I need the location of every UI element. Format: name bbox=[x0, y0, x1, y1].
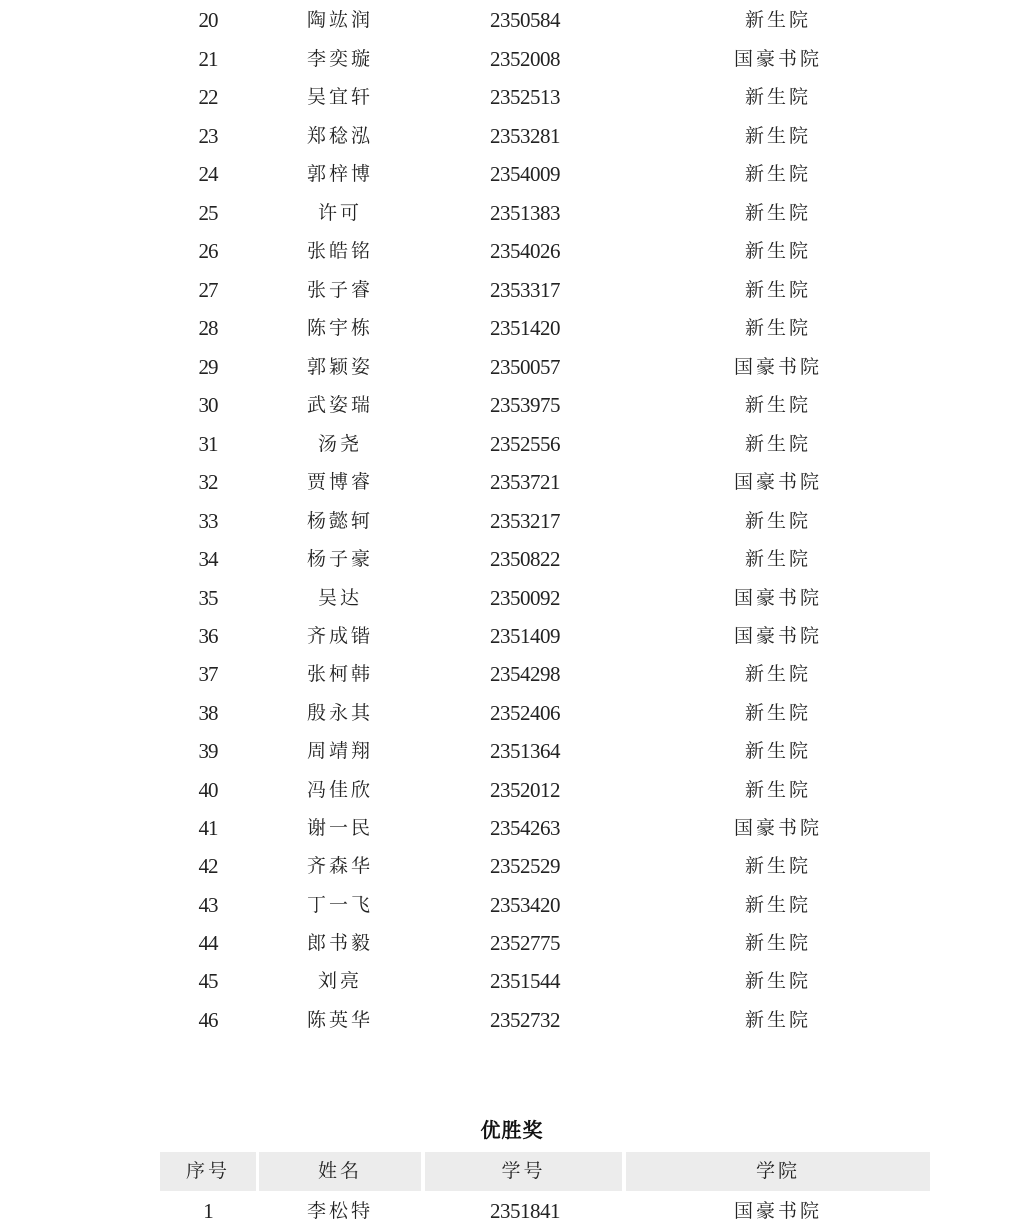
college-cell: 国豪书院 bbox=[626, 40, 930, 78]
student-id-cell: 2350822 bbox=[425, 540, 625, 578]
name-cell: 李松特 bbox=[259, 1192, 421, 1230]
name-cell: 周靖翔 bbox=[259, 732, 421, 770]
college-cell: 新生院 bbox=[626, 1001, 930, 1039]
name-cell: 杨子豪 bbox=[259, 540, 421, 578]
college-cell: 新生院 bbox=[626, 694, 930, 732]
table-row: 26 张皓铭 2354026 新生院 bbox=[0, 232, 1024, 270]
student-id-cell: 2352513 bbox=[425, 78, 625, 116]
student-id-cell: 2350057 bbox=[425, 348, 625, 386]
name-cell: 郭颖姿 bbox=[259, 348, 421, 386]
table-row: 42 齐森华 2352529 新生院 bbox=[0, 847, 1024, 885]
student-id-cell: 2352406 bbox=[425, 694, 625, 732]
table-row: 34 杨子豪 2350822 新生院 bbox=[0, 540, 1024, 578]
college-cell: 新生院 bbox=[626, 540, 930, 578]
table-row: 30 武姿瑞 2353975 新生院 bbox=[0, 386, 1024, 424]
college-cell: 新生院 bbox=[626, 232, 930, 270]
name-cell: 张皓铭 bbox=[259, 232, 421, 270]
seq-cell: 46 bbox=[160, 1001, 256, 1039]
table-row: 24 郭梓博 2354009 新生院 bbox=[0, 155, 1024, 193]
college-cell: 新生院 bbox=[626, 655, 930, 693]
section-title-excellence-award: 优胜奖 bbox=[0, 1114, 1024, 1146]
college-cell: 新生院 bbox=[626, 771, 930, 809]
header-college: 学院 bbox=[626, 1152, 930, 1191]
student-id-cell: 2351409 bbox=[425, 617, 625, 655]
table-row: 29 郭颖姿 2350057 国豪书院 bbox=[0, 348, 1024, 386]
seq-cell: 28 bbox=[160, 309, 256, 347]
student-id-cell: 2354298 bbox=[425, 655, 625, 693]
student-id-cell: 2350584 bbox=[425, 1, 625, 39]
name-cell: 殷永其 bbox=[259, 694, 421, 732]
college-cell: 国豪书院 bbox=[626, 1192, 930, 1230]
college-cell: 国豪书院 bbox=[626, 617, 930, 655]
name-cell: 齐成锴 bbox=[259, 617, 421, 655]
name-cell: 张子睿 bbox=[259, 271, 421, 309]
table-row: 1 李松特 2351841 国豪书院 bbox=[0, 1192, 1024, 1230]
college-cell: 新生院 bbox=[626, 117, 930, 155]
college-cell: 新生院 bbox=[626, 732, 930, 770]
table-row: 32 贾博睿 2353721 国豪书院 bbox=[0, 463, 1024, 501]
seq-cell: 44 bbox=[160, 924, 256, 962]
student-id-cell: 2351383 bbox=[425, 194, 625, 232]
seq-cell: 38 bbox=[160, 694, 256, 732]
student-id-cell: 2351420 bbox=[425, 309, 625, 347]
seq-cell: 23 bbox=[160, 117, 256, 155]
college-cell: 国豪书院 bbox=[626, 809, 930, 847]
college-cell: 新生院 bbox=[626, 78, 930, 116]
header-name: 姓名 bbox=[259, 1152, 421, 1191]
student-id-cell: 2351841 bbox=[425, 1192, 625, 1230]
seq-cell: 41 bbox=[160, 809, 256, 847]
table-row: 39 周靖翔 2351364 新生院 bbox=[0, 732, 1024, 770]
college-cell: 新生院 bbox=[626, 502, 930, 540]
table-row: 37 张柯韩 2354298 新生院 bbox=[0, 655, 1024, 693]
college-cell: 新生院 bbox=[626, 271, 930, 309]
student-id-cell: 2352556 bbox=[425, 425, 625, 463]
name-cell: 李奕璇 bbox=[259, 40, 421, 78]
student-id-cell: 2354263 bbox=[425, 809, 625, 847]
seq-cell: 1 bbox=[160, 1192, 256, 1230]
student-id-cell: 2354026 bbox=[425, 232, 625, 270]
table-row: 45 刘亮 2351544 新生院 bbox=[0, 962, 1024, 1000]
seq-cell: 34 bbox=[160, 540, 256, 578]
seq-cell: 39 bbox=[160, 732, 256, 770]
seq-cell: 21 bbox=[160, 40, 256, 78]
name-cell: 齐森华 bbox=[259, 847, 421, 885]
student-id-cell: 2353420 bbox=[425, 886, 625, 924]
college-cell: 新生院 bbox=[626, 1, 930, 39]
seq-cell: 31 bbox=[160, 425, 256, 463]
student-id-cell: 2352775 bbox=[425, 924, 625, 962]
college-cell: 新生院 bbox=[626, 924, 930, 962]
seq-cell: 37 bbox=[160, 655, 256, 693]
college-cell: 新生院 bbox=[626, 847, 930, 885]
table-row: 27 张子睿 2353317 新生院 bbox=[0, 271, 1024, 309]
table-row: 35 吴达 2350092 国豪书院 bbox=[0, 579, 1024, 617]
seq-cell: 24 bbox=[160, 155, 256, 193]
header-student-id: 学号 bbox=[425, 1152, 622, 1191]
seq-cell: 27 bbox=[160, 271, 256, 309]
name-cell: 郎书毅 bbox=[259, 924, 421, 962]
student-id-cell: 2351544 bbox=[425, 962, 625, 1000]
table-row: 43 丁一飞 2353420 新生院 bbox=[0, 886, 1024, 924]
table-row: 22 吴宜轩 2352513 新生院 bbox=[0, 78, 1024, 116]
table-row: 36 齐成锴 2351409 国豪书院 bbox=[0, 617, 1024, 655]
student-id-cell: 2352008 bbox=[425, 40, 625, 78]
name-cell: 吴达 bbox=[259, 579, 421, 617]
student-id-cell: 2352732 bbox=[425, 1001, 625, 1039]
name-cell: 陈英华 bbox=[259, 1001, 421, 1039]
table-row: 33 杨懿轲 2353217 新生院 bbox=[0, 502, 1024, 540]
name-cell: 郑稔泓 bbox=[259, 117, 421, 155]
college-cell: 新生院 bbox=[626, 155, 930, 193]
table-row: 21 李奕璇 2352008 国豪书院 bbox=[0, 40, 1024, 78]
name-cell: 丁一飞 bbox=[259, 886, 421, 924]
college-cell: 新生院 bbox=[626, 309, 930, 347]
name-cell: 许可 bbox=[259, 194, 421, 232]
seq-cell: 29 bbox=[160, 348, 256, 386]
name-cell: 吴宜轩 bbox=[259, 78, 421, 116]
table-row: 41 谢一民 2354263 国豪书院 bbox=[0, 809, 1024, 847]
seq-cell: 25 bbox=[160, 194, 256, 232]
table-row: 31 汤尧 2352556 新生院 bbox=[0, 425, 1024, 463]
seq-cell: 43 bbox=[160, 886, 256, 924]
header-seq: 序号 bbox=[160, 1152, 256, 1191]
student-id-cell: 2351364 bbox=[425, 732, 625, 770]
name-cell: 陶竑润 bbox=[259, 1, 421, 39]
name-cell: 郭梓博 bbox=[259, 155, 421, 193]
name-cell: 贾博睿 bbox=[259, 463, 421, 501]
table-row: 44 郎书毅 2352775 新生院 bbox=[0, 924, 1024, 962]
student-id-cell: 2353721 bbox=[425, 463, 625, 501]
table-row: 28 陈宇栋 2351420 新生院 bbox=[0, 309, 1024, 347]
college-cell: 新生院 bbox=[626, 886, 930, 924]
seq-cell: 26 bbox=[160, 232, 256, 270]
college-cell: 新生院 bbox=[626, 425, 930, 463]
seq-cell: 30 bbox=[160, 386, 256, 424]
student-id-cell: 2353317 bbox=[425, 271, 625, 309]
college-cell: 新生院 bbox=[626, 386, 930, 424]
student-id-cell: 2352012 bbox=[425, 771, 625, 809]
student-id-cell: 2352529 bbox=[425, 847, 625, 885]
table-row: 25 许可 2351383 新生院 bbox=[0, 194, 1024, 232]
table-row: 23 郑稔泓 2353281 新生院 bbox=[0, 117, 1024, 155]
seq-cell: 36 bbox=[160, 617, 256, 655]
seq-cell: 40 bbox=[160, 771, 256, 809]
college-cell: 国豪书院 bbox=[626, 463, 930, 501]
seq-cell: 22 bbox=[160, 78, 256, 116]
table-row: 38 殷永其 2352406 新生院 bbox=[0, 694, 1024, 732]
seq-cell: 20 bbox=[160, 1, 256, 39]
name-cell: 汤尧 bbox=[259, 425, 421, 463]
name-cell: 刘亮 bbox=[259, 962, 421, 1000]
table-row: 20 陶竑润 2350584 新生院 bbox=[0, 1, 1024, 39]
table-row: 40 冯佳欣 2352012 新生院 bbox=[0, 771, 1024, 809]
name-cell: 冯佳欣 bbox=[259, 771, 421, 809]
name-cell: 杨懿轲 bbox=[259, 502, 421, 540]
seq-cell: 42 bbox=[160, 847, 256, 885]
name-cell: 武姿瑞 bbox=[259, 386, 421, 424]
student-id-cell: 2353281 bbox=[425, 117, 625, 155]
seq-cell: 35 bbox=[160, 579, 256, 617]
name-cell: 谢一民 bbox=[259, 809, 421, 847]
table-header: 序号 姓名 学号 学院 bbox=[0, 1152, 1024, 1191]
student-id-cell: 2353975 bbox=[425, 386, 625, 424]
college-cell: 新生院 bbox=[626, 962, 930, 1000]
student-id-cell: 2350092 bbox=[425, 579, 625, 617]
name-cell: 张柯韩 bbox=[259, 655, 421, 693]
college-cell: 国豪书院 bbox=[626, 348, 930, 386]
seq-cell: 32 bbox=[160, 463, 256, 501]
seq-cell: 33 bbox=[160, 502, 256, 540]
table-row: 46 陈英华 2352732 新生院 bbox=[0, 1001, 1024, 1039]
name-cell: 陈宇栋 bbox=[259, 309, 421, 347]
college-cell: 新生院 bbox=[626, 194, 930, 232]
seq-cell: 45 bbox=[160, 962, 256, 1000]
student-id-cell: 2353217 bbox=[425, 502, 625, 540]
student-id-cell: 2354009 bbox=[425, 155, 625, 193]
college-cell: 国豪书院 bbox=[626, 579, 930, 617]
